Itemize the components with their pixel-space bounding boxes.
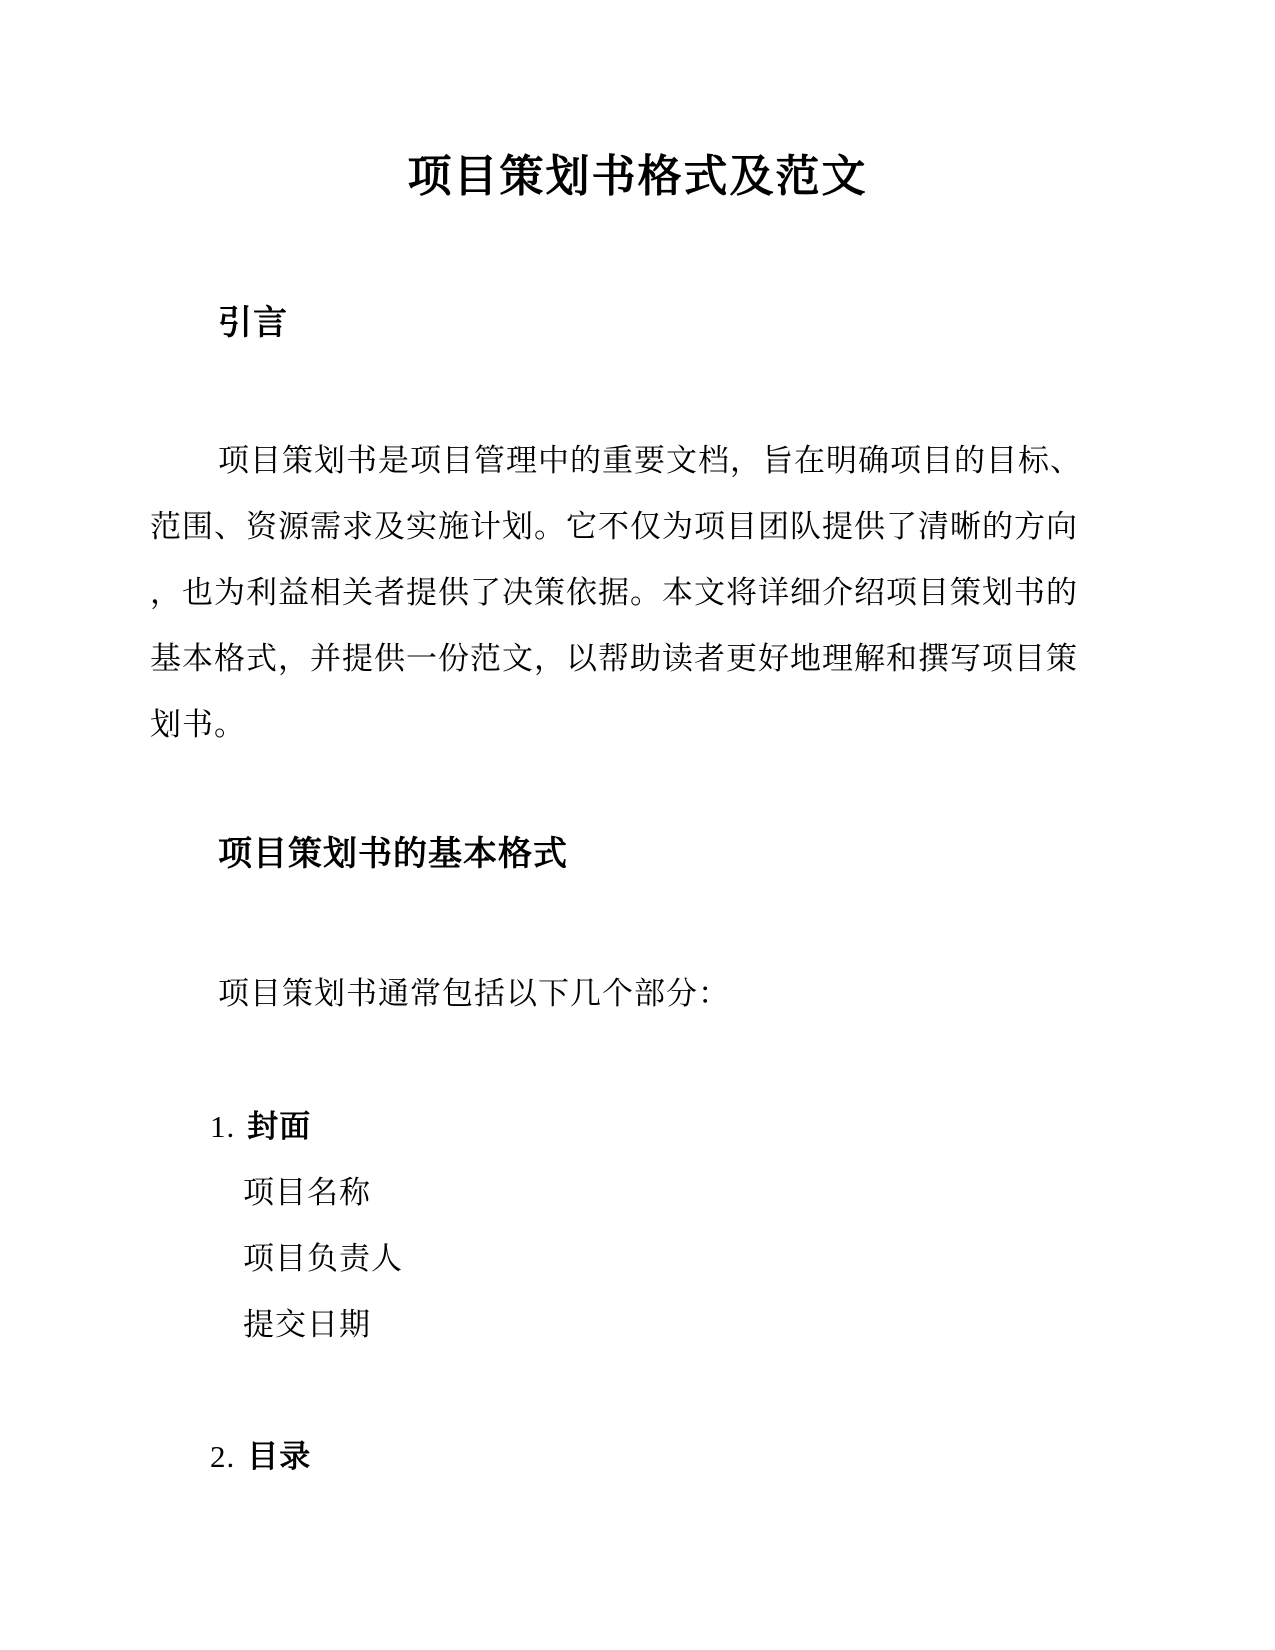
paragraph-line-4: 基本格式，并提供一份范文，以帮助读者更好地理解和撰写项目策: [150, 626, 1125, 692]
paragraph-line-3: ，也为利益相关者提供了决策依据。本文将详细介绍项目策划书的: [150, 560, 1125, 626]
list-item-cover: 1.封面: [210, 1094, 1125, 1160]
intro-paragraph: 项目策划书是项目管理中的重要文档，旨在明确项目的目标、 范围、资源需求及实施计划…: [150, 428, 1125, 758]
list-item-toc-number: 2.: [210, 1424, 235, 1490]
document-page: 项目策划书格式及范文 引言 项目策划书是项目管理中的重要文档，旨在明确项目的目标…: [0, 0, 1275, 1650]
paragraph-line-5: 划书。: [150, 692, 1125, 758]
format-intro-paragraph: 项目策划书通常包括以下几个部分：: [150, 961, 1125, 1027]
paragraph-line-2: 范围、资源需求及实施计划。它不仅为项目团队提供了清晰的方向: [150, 494, 1125, 560]
format-intro-line: 项目策划书通常包括以下几个部分：: [150, 961, 1125, 1027]
list-item-cover-number: 1.: [210, 1094, 235, 1160]
list-sub-item-project-leader: 项目负责人: [243, 1226, 1125, 1292]
section-heading-intro: 引言: [218, 303, 1125, 344]
list-item-toc: 2.目录: [210, 1424, 1125, 1490]
list-sub-item-project-name: 项目名称: [243, 1160, 1125, 1226]
paragraph-line-1: 项目策划书是项目管理中的重要文档，旨在明确项目的目标、: [150, 428, 1125, 494]
document-title: 项目策划书格式及范文: [150, 150, 1125, 203]
list-sub-item-submission-date: 提交日期: [243, 1292, 1125, 1358]
list-item-cover-title: 封面: [247, 1109, 311, 1144]
list-item-toc-title: 目录: [247, 1439, 311, 1474]
format-list: 1.封面 项目名称 项目负责人 提交日期 2.目录: [150, 1094, 1125, 1490]
section-heading-format: 项目策划书的基本格式: [218, 834, 1125, 875]
